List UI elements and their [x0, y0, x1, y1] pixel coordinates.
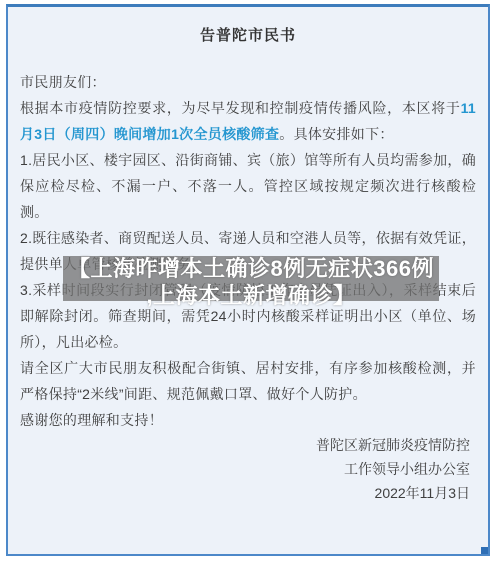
corner-resize-handle[interactable] — [481, 547, 490, 556]
page-background: 告普陀市民书 市民朋友们： 根据本市疫情防控要求，为尽早发现和控制疫情传播风险，… — [0, 0, 500, 567]
signature-block: 普陀区新冠肺炎疫情防控 工作领导小组办公室 2022年11月3日 — [20, 433, 476, 505]
news-overlay-line2: ,上海本土新增确诊】 — [33, 282, 469, 309]
intro-text-after: 。具体安排如下： — [279, 126, 393, 142]
notice-title: 告普陀市民书 — [20, 23, 476, 49]
news-overlay-text: 【上海昨增本土确诊8例无症状366例 ,上海本土新增确诊】 — [33, 255, 469, 309]
intro-paragraph: 根据本市疫情防控要求，为尽早发现和控制疫情传播风险，本区将于11月3日（周四）晚… — [20, 95, 476, 147]
list-item-1: 1.居民小区、楼宇园区、沿街商铺、宾（旅）馆等所有人员均需参加，确保应检尽检、不… — [20, 147, 476, 225]
signature-date: 2022年11月3日 — [20, 481, 470, 505]
signature-org-line2: 工作领导小组办公室 — [20, 457, 470, 481]
intro-text-before: 根据本市疫情防控要求，为尽早发现和控制疫情传播风险，本区将于 — [20, 100, 461, 116]
thanks-line: 感谢您的理解和支持！ — [20, 407, 476, 433]
request-paragraph: 请全区广大市民朋友积极配合街镇、居村安排，有序参加核酸检测，并严格保持“2米线”… — [20, 355, 476, 407]
news-overlay-banner: 【上海昨增本土确诊8例无症状366例 ,上海本土新增确诊】 — [63, 256, 439, 301]
signature-org-line1: 普陀区新冠肺炎疫情防控 — [20, 433, 470, 457]
news-overlay-line1: 【上海昨增本土确诊8例无症状366例 — [33, 255, 469, 282]
salutation-line: 市民朋友们： — [20, 69, 476, 95]
